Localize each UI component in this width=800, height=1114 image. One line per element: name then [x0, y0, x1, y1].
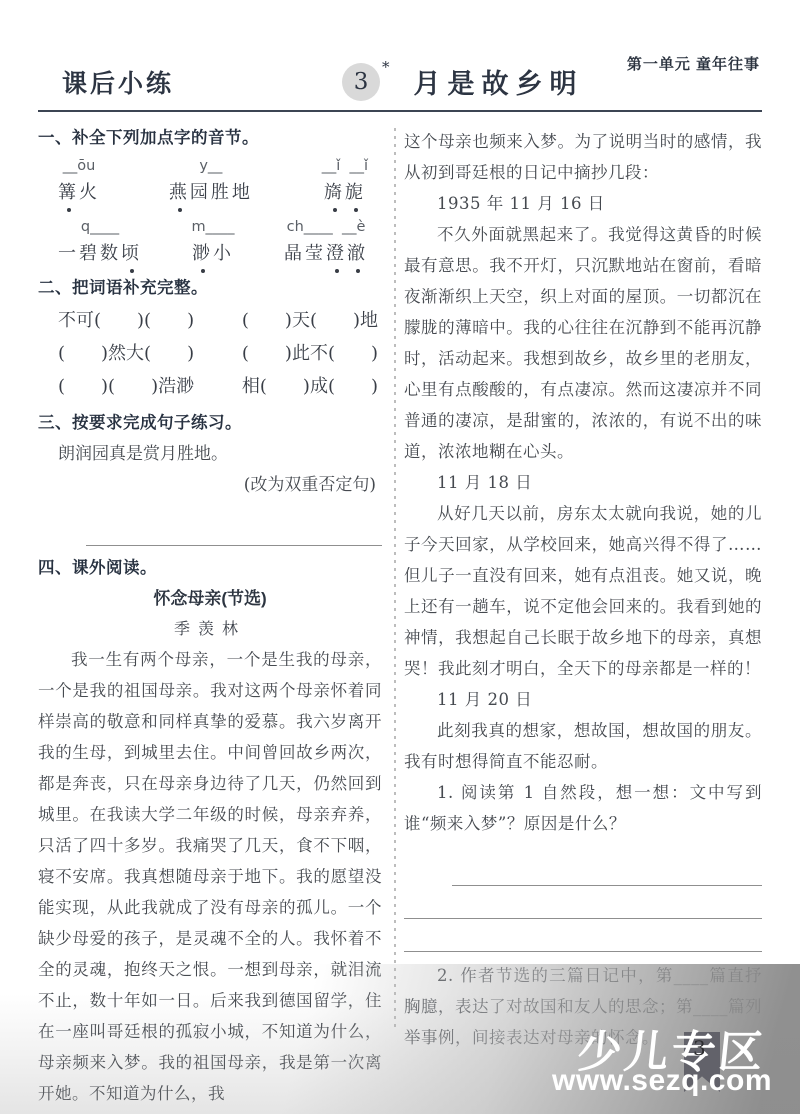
lesson-number-badge: 3	[342, 63, 380, 101]
lesson-title: 月是故乡明	[414, 62, 584, 101]
diary-date: 1935 年 11 月 16 日	[404, 188, 762, 219]
pinyin-blank[interactable]: y__	[169, 156, 253, 176]
column-divider	[394, 128, 396, 1030]
answer-line[interactable]	[86, 513, 382, 546]
pinyin-blank[interactable]: m____	[191, 217, 234, 237]
pinyin-word-row: __ōu 篝火 y__ 燕园胜地 __ǐ __ǐ 旖旎	[38, 154, 382, 205]
workbook-page: 第一单元 童年往事 课后小练 3 * 月是故乡明 一、补全下列加点字的音节。 _…	[0, 0, 800, 1114]
diary-paragraph: 不久外面就黑起来了。我觉得这黄昏的时候最有意思。我不开灯，只沉默地站在窗前，看暗…	[404, 219, 762, 467]
exercise-2-title: 二、把词语补充完整。	[38, 276, 382, 300]
fill-blank-phrase[interactable]: ( )天( )地	[242, 304, 378, 337]
unit-label: 第一单元 童年往事	[627, 53, 760, 74]
fill-blank-phrase[interactable]: 不可( )( )	[58, 304, 194, 337]
fill-blank-phrase[interactable]: ( )此不( )	[242, 337, 378, 370]
pinyin-word-row: q____ 一碧数顷 m____ 渺小 ch____ __è 晶莹澄澈	[38, 215, 382, 266]
fill-blank-line: 不可( )( ) ( )天( )地	[38, 304, 382, 337]
sentence-text: 朗润园真是赏月胜地。	[38, 439, 382, 470]
word-group: m____ 渺小	[191, 217, 234, 266]
page-header: 课后小练 3 * 月是故乡明	[0, 0, 800, 101]
passage-title: 怀念母亲(节选)	[38, 584, 382, 614]
workbook-logo: 课后小练	[62, 64, 174, 100]
answer-line[interactable]	[404, 886, 762, 919]
passage-author: 季羡林	[38, 614, 382, 644]
diary-paragraph: 从好几天以前，房东太太就向我说，她的儿子今天回家，从学校回来，她高兴得不得了………	[404, 498, 762, 684]
dotted-word: 渺小	[191, 242, 234, 266]
word-group: y__ 燕园胜地	[169, 156, 253, 205]
pinyin-blank[interactable]: ch____ __è	[284, 217, 368, 237]
answer-line[interactable]	[452, 853, 762, 886]
diary-paragraph: 此刻我真的想家，想故国，想故国的朋友。我有时想得简直不能忍耐。	[404, 715, 762, 777]
fill-blank-line: ( )然大( ) ( )此不( )	[38, 337, 382, 370]
exercise-3-title: 三、按要求完成句子练习。	[38, 411, 382, 435]
dotted-word: 旖旎	[322, 181, 368, 205]
dotted-word: 一碧数顷	[58, 242, 142, 266]
fill-blank-phrase[interactable]: 相( )成( )	[242, 370, 378, 403]
watermark-url: www.sezq.com	[552, 1064, 772, 1098]
pinyin-blank[interactable]: __ǐ __ǐ	[322, 156, 368, 176]
exercise-1-title: 一、补全下列加点字的音节。	[38, 126, 382, 150]
pinyin-blank[interactable]: q____	[58, 217, 142, 237]
diary-date: 11 月 20 日	[404, 684, 762, 715]
fill-blank-block: 不可( )( ) ( )天( )地 ( )然大( ) ( )此不( ) ( )(…	[38, 304, 382, 403]
lesson-heading: 3 * 月是故乡明	[342, 62, 584, 101]
passage-paragraph-right: 这个母亲也频来入梦。为了说明当时的感情，我从初到哥廷根的日记中摘抄几段：	[404, 126, 762, 188]
rewrite-instruction: (改为双重否定句)	[38, 470, 382, 501]
fill-blank-phrase[interactable]: ( )然大( )	[58, 337, 194, 370]
content-columns: 一、补全下列加点字的音节。 __ōu 篝火 y__ 燕园胜地 __ǐ __ǐ 旖…	[0, 112, 800, 1109]
dotted-word: 篝火	[58, 181, 100, 205]
dotted-word: 燕园胜地	[169, 181, 253, 205]
question-1: 1. 阅读第 1 自然段，想一想：文中写到谁“频来入梦”？原因是什么？	[404, 777, 762, 839]
page-number: 3	[693, 1036, 706, 1060]
lesson-star: *	[382, 58, 390, 76]
word-group: __ǐ __ǐ 旖旎	[322, 156, 368, 205]
column-right: 这个母亲也频来入梦。为了说明当时的感情，我从初到哥廷根的日记中摘抄几段： 193…	[404, 126, 762, 1109]
fill-blank-line: ( )( )浩渺 相( )成( )	[38, 370, 382, 403]
word-group: q____ 一碧数顷	[58, 217, 142, 266]
question-1-answer-area	[404, 853, 762, 952]
answer-line[interactable]	[404, 919, 762, 952]
word-group: ch____ __è 晶莹澄澈	[284, 217, 368, 266]
pinyin-blank[interactable]: __ōu	[58, 156, 100, 176]
exercise-4-title: 四、课外阅读。	[38, 556, 382, 580]
column-left: 一、补全下列加点字的音节。 __ōu 篝火 y__ 燕园胜地 __ǐ __ǐ 旖…	[38, 126, 382, 1109]
dotted-word: 晶莹澄澈	[284, 242, 368, 266]
fill-blank-phrase[interactable]: ( )( )浩渺	[58, 370, 194, 403]
word-group: __ōu 篝火	[58, 156, 100, 205]
diary-date: 11 月 18 日	[404, 467, 762, 498]
